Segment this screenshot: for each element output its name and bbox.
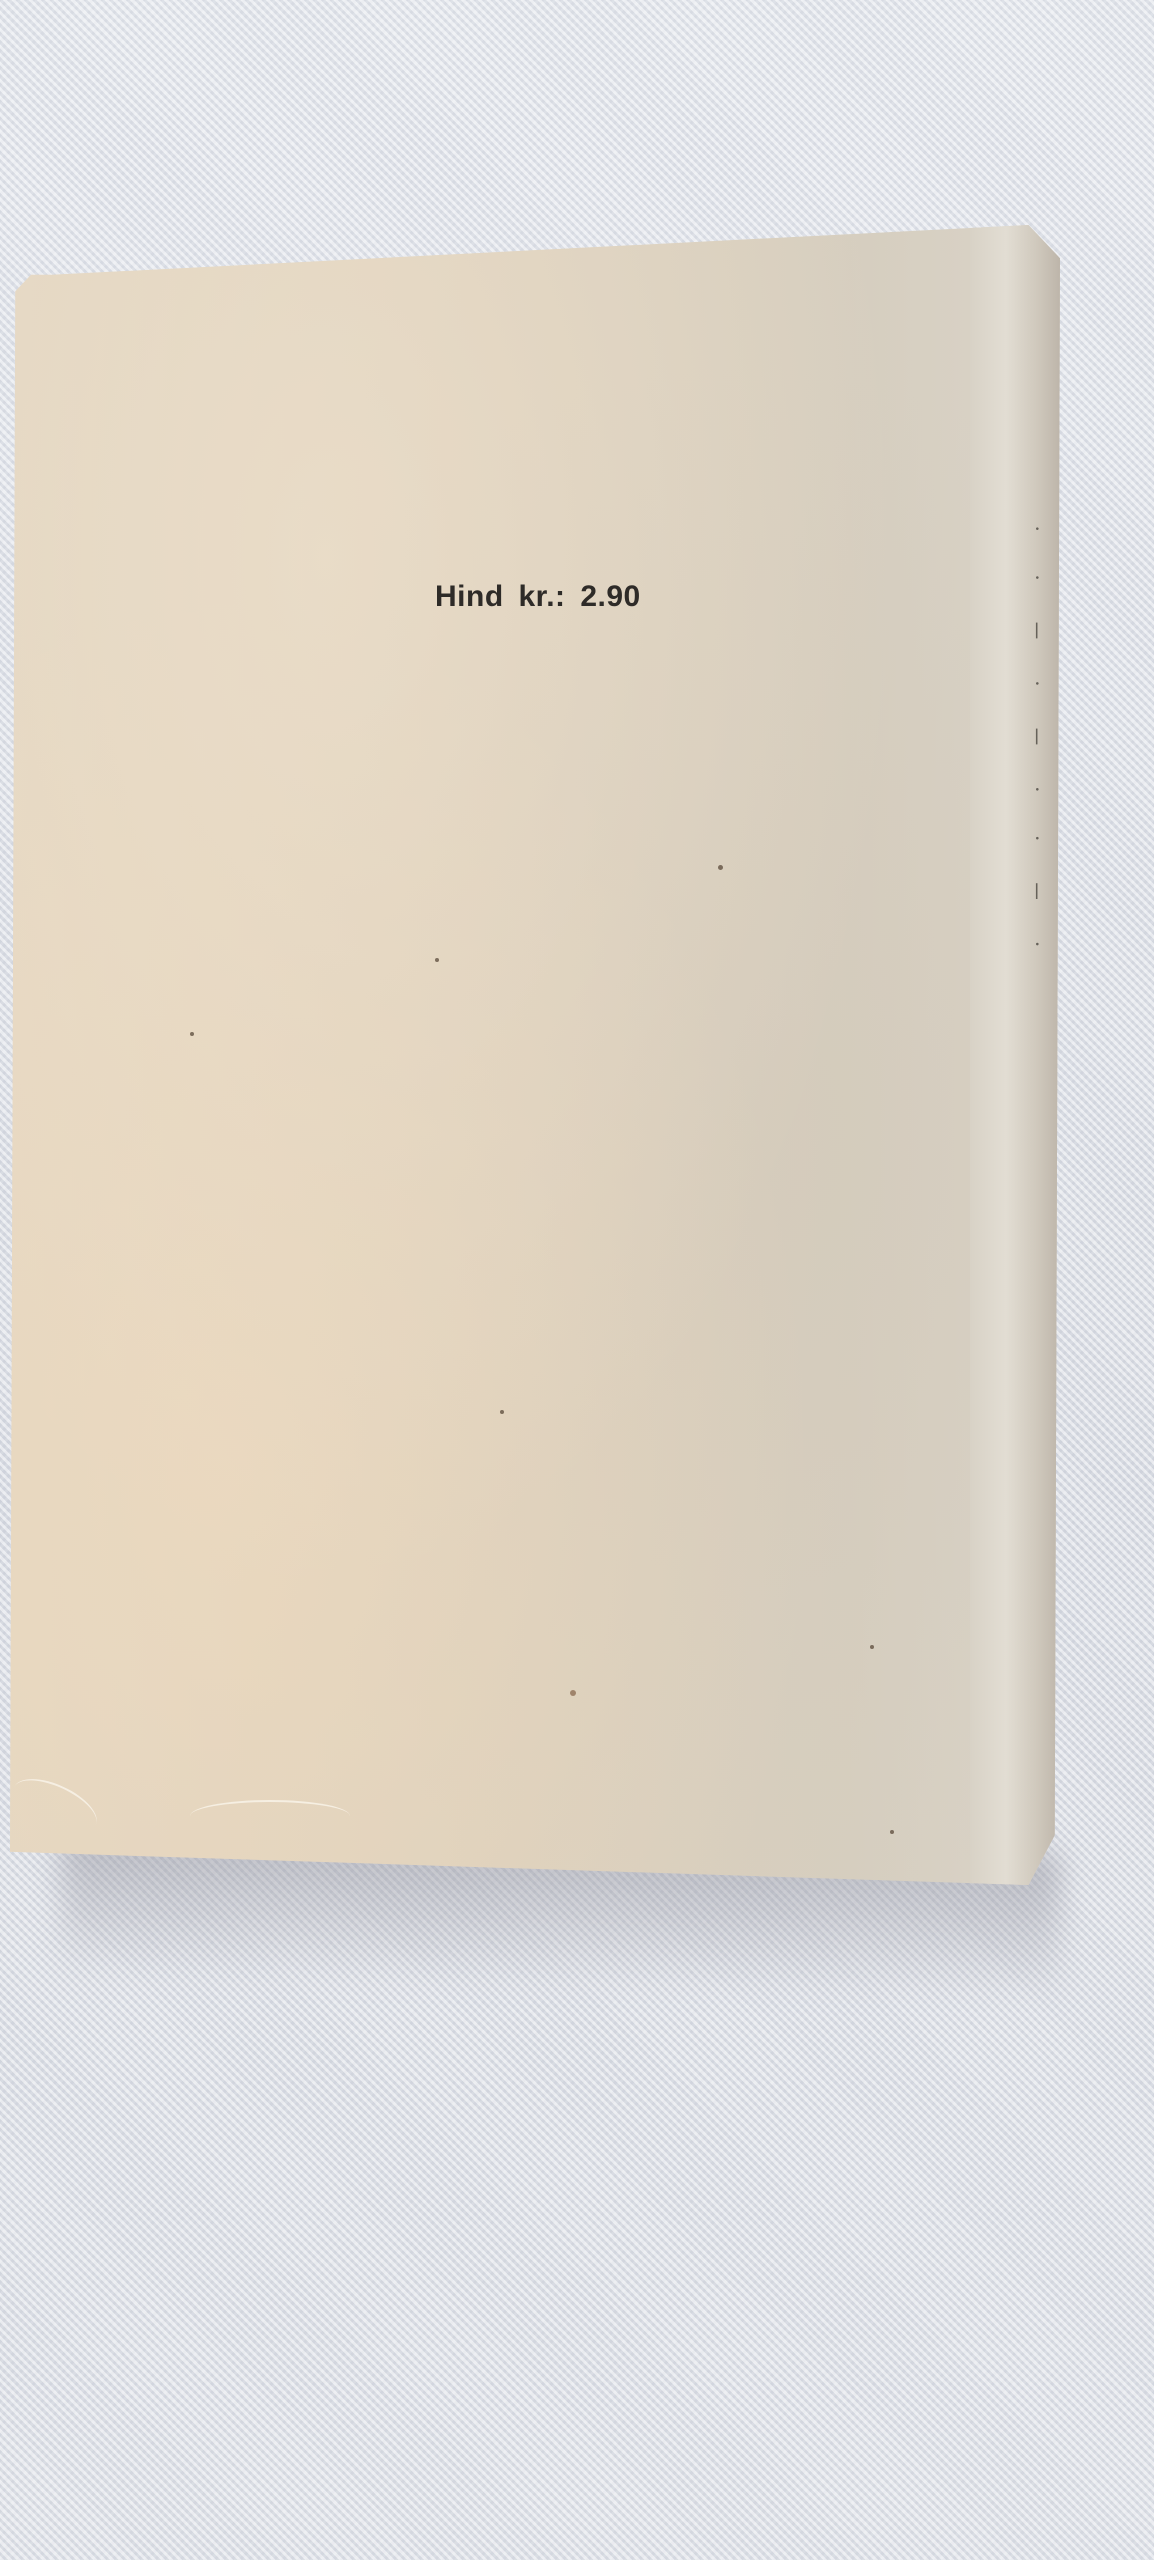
book-spine: · · ─ · ─ · · ─ · [970, 225, 1060, 1885]
cover-crease [190, 1800, 350, 1832]
stain-speck [500, 1410, 504, 1414]
stain-speck [890, 1830, 894, 1834]
book-back-cover: Hind kr.: 2.90 · · ─ · ─ · · ─ · [10, 225, 1060, 1885]
stain-speck [435, 958, 439, 962]
cover-crease [5, 1768, 104, 1844]
price-label: Hind kr.: 2.90 [435, 580, 641, 614]
stain-speck [190, 1032, 194, 1036]
stain-speck [570, 1690, 576, 1696]
stain-speck [870, 1645, 874, 1649]
spine-text: · · ─ · ─ · · ─ · [1030, 525, 1050, 1625]
cover-surface: Hind kr.: 2.90 [10, 225, 970, 1885]
stain-speck [718, 865, 723, 870]
